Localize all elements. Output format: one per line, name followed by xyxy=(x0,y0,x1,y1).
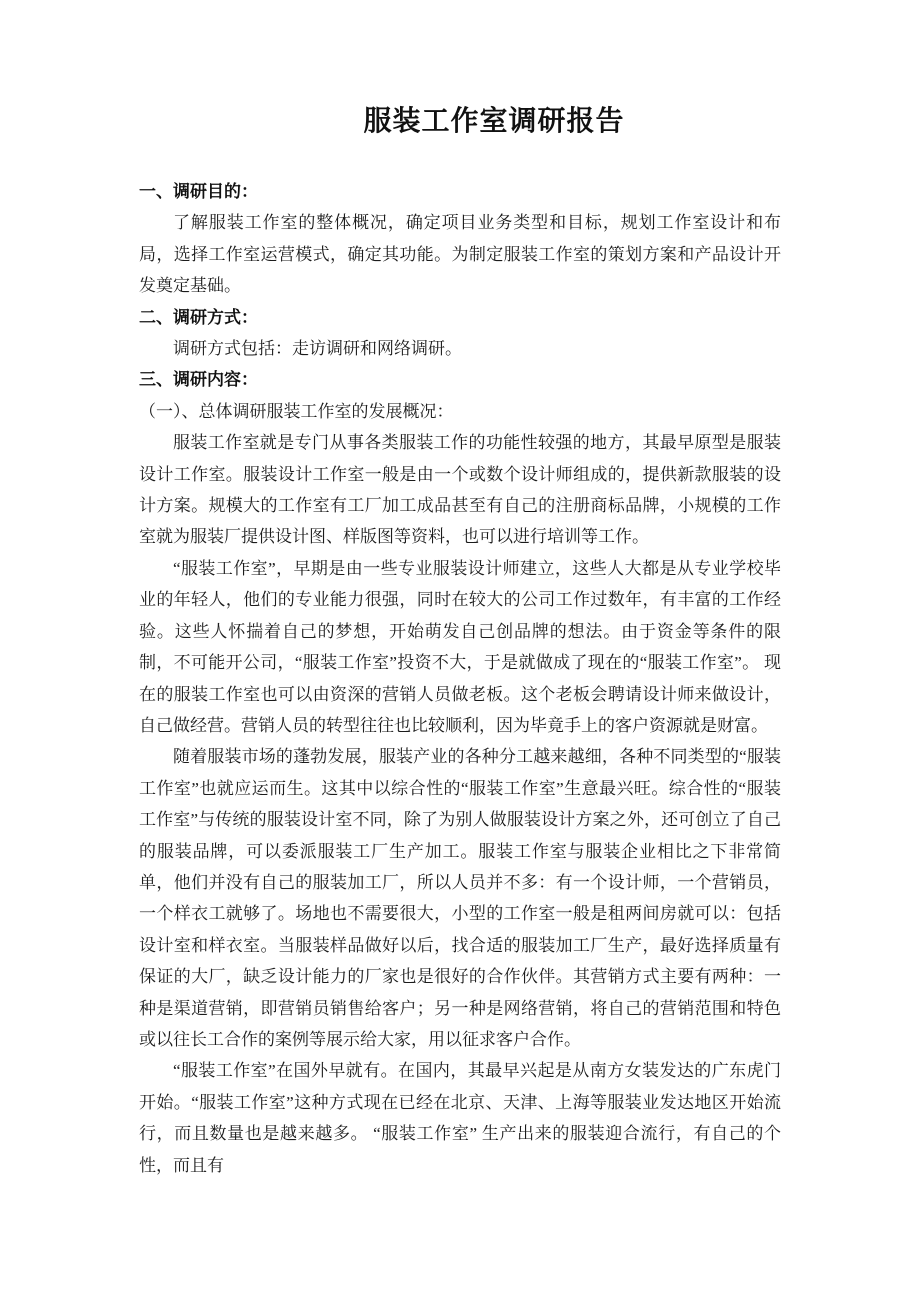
body-paragraph: “服装工作室”，早期是由一些专业服装设计师建立，这些人大都是从专业学校毕业的年轻… xyxy=(139,553,781,741)
body-paragraph: 了解服装工作室的整体概况，确定项目业务类型和目标，规划工作室设计和布局，选择工作… xyxy=(139,207,781,301)
body-paragraph: 调研方式包括：走访调研和网络调研。 xyxy=(139,333,781,364)
section-heading: 一、调研目的： xyxy=(139,176,781,207)
body-paragraph: 随着服装市场的蓬勃发展，服装产业的各种分工越来越细，各种不同类型的“服装工作室”… xyxy=(139,741,781,1055)
section-heading: 二、调研方式： xyxy=(139,302,781,333)
body-paragraph: 服装工作室就是专门从事各类服装工作的功能性较强的地方，其最早原型是服装设计工作室… xyxy=(139,427,781,553)
document-body: 一、调研目的：了解服装工作室的整体概况，确定项目业务类型和目标，规划工作室设计和… xyxy=(139,176,781,1181)
document-page: 服装工作室调研报告 一、调研目的：了解服装工作室的整体概况，确定项目业务类型和目… xyxy=(0,0,920,1302)
body-paragraph: “服装工作室”在国外早就有。在国内，其最早兴起是从南方女装发达的广东虎门开始。“… xyxy=(139,1055,781,1181)
document-title: 服装工作室调研报告 xyxy=(139,100,781,144)
sub-heading: （一）、总体调研服装工作室的发展概况： xyxy=(139,396,781,427)
section-heading: 三、调研内容： xyxy=(139,364,781,395)
